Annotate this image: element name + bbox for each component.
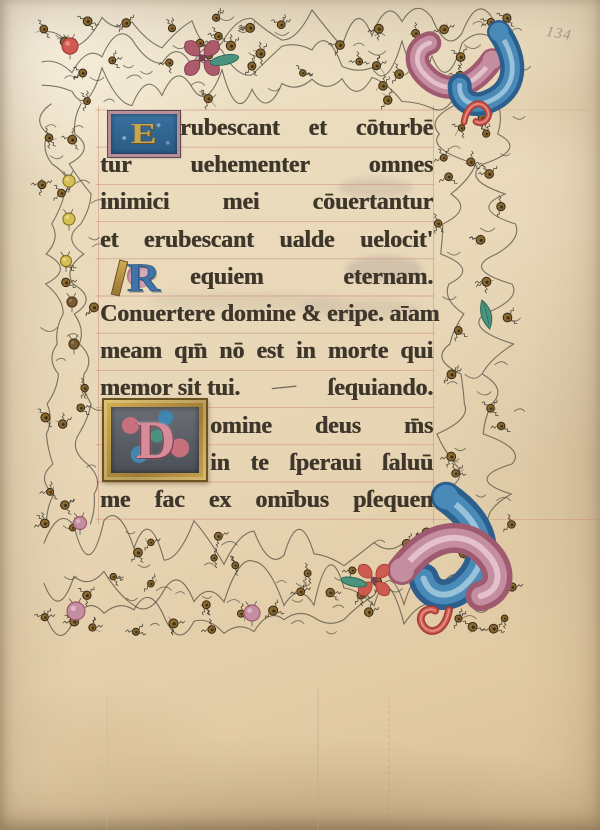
text-line: meam qm̄ nō est in morte qui bbox=[100, 333, 433, 370]
bud-brown-left-2-icon bbox=[69, 335, 79, 354]
initial-letter: R bbox=[126, 254, 159, 301]
initial-gold-bar bbox=[111, 259, 128, 296]
bud-pink-bottom-icon bbox=[244, 601, 260, 626]
text-line-right: ſequiando. bbox=[328, 370, 433, 407]
berry-yellow-left-3-icon bbox=[61, 252, 72, 272]
text-line: me fac ex omībus pſequen bbox=[100, 482, 433, 519]
curl-red-bottom-right-icon bbox=[419, 604, 454, 633]
flower-red-bottom-icon bbox=[340, 561, 393, 599]
illuminated-initial-e: E bbox=[108, 111, 180, 157]
illuminated-initial-d: D bbox=[102, 398, 208, 482]
initial-letter: D bbox=[135, 409, 175, 471]
bud-brown-left-1-icon bbox=[67, 293, 77, 312]
leaf-green-right-icon bbox=[478, 299, 494, 330]
text-line: inimici mei cōuertantur bbox=[100, 184, 433, 221]
text-line: Conuertere domine & eripe. aīam bbox=[100, 296, 433, 333]
initial-letter: E bbox=[131, 118, 157, 151]
illuminated-initial-r: R bbox=[101, 255, 185, 299]
line-filler: — bbox=[270, 367, 298, 406]
berry-yellow-left-1-icon bbox=[63, 171, 75, 192]
berry-yellow-left-2-icon bbox=[63, 209, 75, 230]
manuscript-page: rubescant et cōturbētur uehementer omnes… bbox=[0, 0, 600, 830]
